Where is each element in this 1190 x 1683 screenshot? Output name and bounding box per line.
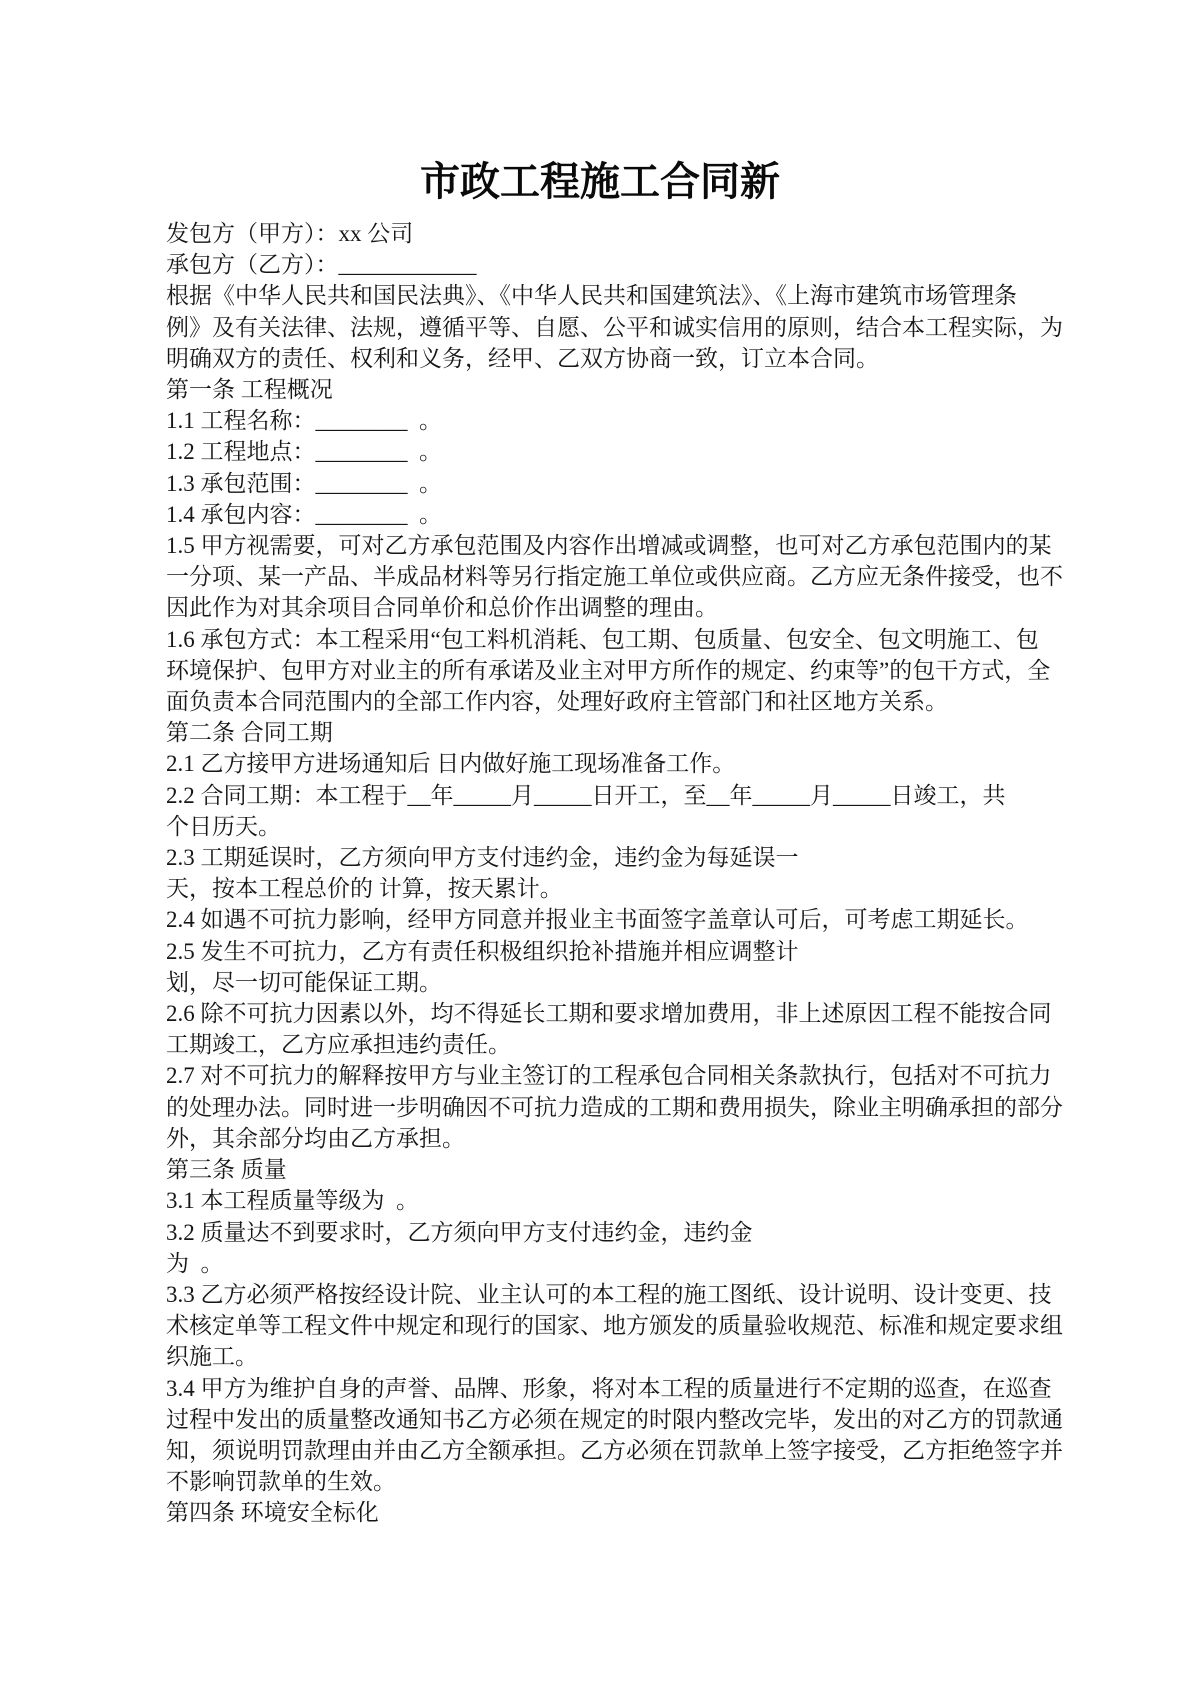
document-line: 2.6 除不可抗力因素以外，均不得延长工期和要求增加费用，非上述原因工程不能按合… bbox=[166, 998, 1034, 1029]
document-line: 个日历天。 bbox=[166, 811, 1034, 842]
document-line: 过程中发出的质量整改通知书乙方必须在规定的时限内整改完毕，发出的对乙方的罚款通 bbox=[166, 1404, 1034, 1435]
document-line: 知，须说明罚款理由并由乙方全额承担。乙方必须在罚款单上签字接受，乙方拒绝签字并 bbox=[166, 1435, 1034, 1466]
document-line: 第三条 质量 bbox=[166, 1154, 1034, 1185]
document-line: 环境保护、包甲方对业主的所有承诺及业主对甲方所作的规定、约束等”的包干方式，全 bbox=[166, 655, 1034, 686]
document-body: 市政工程施工合同新 发包方（甲方）：xx 公司 承包方（乙方）：________… bbox=[166, 153, 1034, 1529]
document-line: 3.3 乙方必须严格按经设计院、业主认可的本工程的施工图纸、设计说明、设计变更、… bbox=[166, 1279, 1034, 1310]
document-line: 2.7 对不可抗力的解释按甲方与业主签订的工程承包合同相关条款执行，包括对不可抗… bbox=[166, 1060, 1034, 1091]
document-line: 第四条 环境安全标化 bbox=[166, 1497, 1034, 1528]
document-line: 划，尽一切可能保证工期。 bbox=[166, 967, 1034, 998]
document-line: 3.2 质量达不到要求时，乙方须向甲方支付违约金，违约金 bbox=[166, 1217, 1034, 1248]
document-line: 承包方（乙方）：____________ bbox=[166, 249, 1034, 280]
contract-document-page: 市政工程施工合同新 发包方（甲方）：xx 公司 承包方（乙方）：________… bbox=[0, 0, 1190, 1683]
document-line: 2.5 发生不可抗力，乙方有责任积极组织抢补措施并相应调整计 bbox=[166, 936, 1034, 967]
document-line: 术核定单等工程文件中规定和现行的国家、地方颁发的质量验收规范、标准和规定要求组 bbox=[166, 1310, 1034, 1341]
document-line: 因此作为对其余项目合同单价和总价作出调整的理由。 bbox=[166, 592, 1034, 623]
document-line: 织施工。 bbox=[166, 1341, 1034, 1372]
document-line: 2.2 合同工期：本工程于__年_____月_____日开工，至__年_____… bbox=[166, 780, 1034, 811]
document-line: 根据《中华人民共和国民法典》、《中华人民共和国建筑法》、《上海市建筑市场管理条 bbox=[166, 280, 1034, 311]
document-line: 2.3 工期延误时，乙方须向甲方支付违约金，违约金为每延误一 bbox=[166, 842, 1034, 873]
document-line: 3.1 本工程质量等级为 。 bbox=[166, 1185, 1034, 1216]
document-line: 为 。 bbox=[166, 1248, 1034, 1279]
document-line: 第一条 工程概况 bbox=[166, 374, 1034, 405]
document-line: 工期竣工，乙方应承担违约责任。 bbox=[166, 1029, 1034, 1060]
document-line: 1.2 工程地点：________ 。 bbox=[166, 436, 1034, 467]
document-line: 第二条 合同工期 bbox=[166, 717, 1034, 748]
document-line: 例》及有关法律、法规，遵循平等、自愿、公平和诚实信用的原则，结合本工程实际，为 bbox=[166, 312, 1034, 343]
document-line: 1.5 甲方视需要，可对乙方承包范围及内容作出增减或调整，也可对乙方承包范围内的… bbox=[166, 530, 1034, 561]
document-line: 2.4 如遇不可抗力影响，经甲方同意并报业主书面签字盖章认可后，可考虑工期延长。 bbox=[166, 904, 1034, 935]
document-line: 天，按本工程总价的 计算，按天累计。 bbox=[166, 873, 1034, 904]
document-line: 1.6 承包方式：本工程采用“包工料机消耗、包工期、包质量、包安全、包文明施工、… bbox=[166, 624, 1034, 655]
document-line: 不影响罚款单的生效。 bbox=[166, 1466, 1034, 1497]
document-line: 的处理办法。同时进一步明确因不可抗力造成的工期和费用损失，除业主明确承担的部分 bbox=[166, 1092, 1034, 1123]
document-line: 面负责本合同范围内的全部工作内容，处理好政府主管部门和社区地方关系。 bbox=[166, 686, 1034, 717]
document-line: 3.4 甲方为维护自身的声誉、品牌、形象，将对本工程的质量进行不定期的巡查，在巡… bbox=[166, 1373, 1034, 1404]
document-line: 1.1 工程名称：________ 。 bbox=[166, 405, 1034, 436]
document-line: 外，其余部分均由乙方承担。 bbox=[166, 1123, 1034, 1154]
document-line: 一分项、某一产品、半成品材料等另行指定施工单位或供应商。乙方应无条件接受，也不 bbox=[166, 561, 1034, 592]
document-title: 市政工程施工合同新 bbox=[166, 153, 1034, 211]
document-lines: 发包方（甲方）：xx 公司 承包方（乙方）：____________ 根据《中华… bbox=[166, 218, 1034, 1529]
document-line: 1.3 承包范围：________ 。 bbox=[166, 468, 1034, 499]
document-line: 1.4 承包内容：________ 。 bbox=[166, 499, 1034, 530]
document-line: 发包方（甲方）：xx 公司 bbox=[166, 218, 1034, 249]
document-line: 2.1 乙方接甲方进场通知后 日内做好施工现场准备工作。 bbox=[166, 748, 1034, 779]
document-line: 明确双方的责任、权利和义务，经甲、乙双方协商一致，订立本合同。 bbox=[166, 343, 1034, 374]
